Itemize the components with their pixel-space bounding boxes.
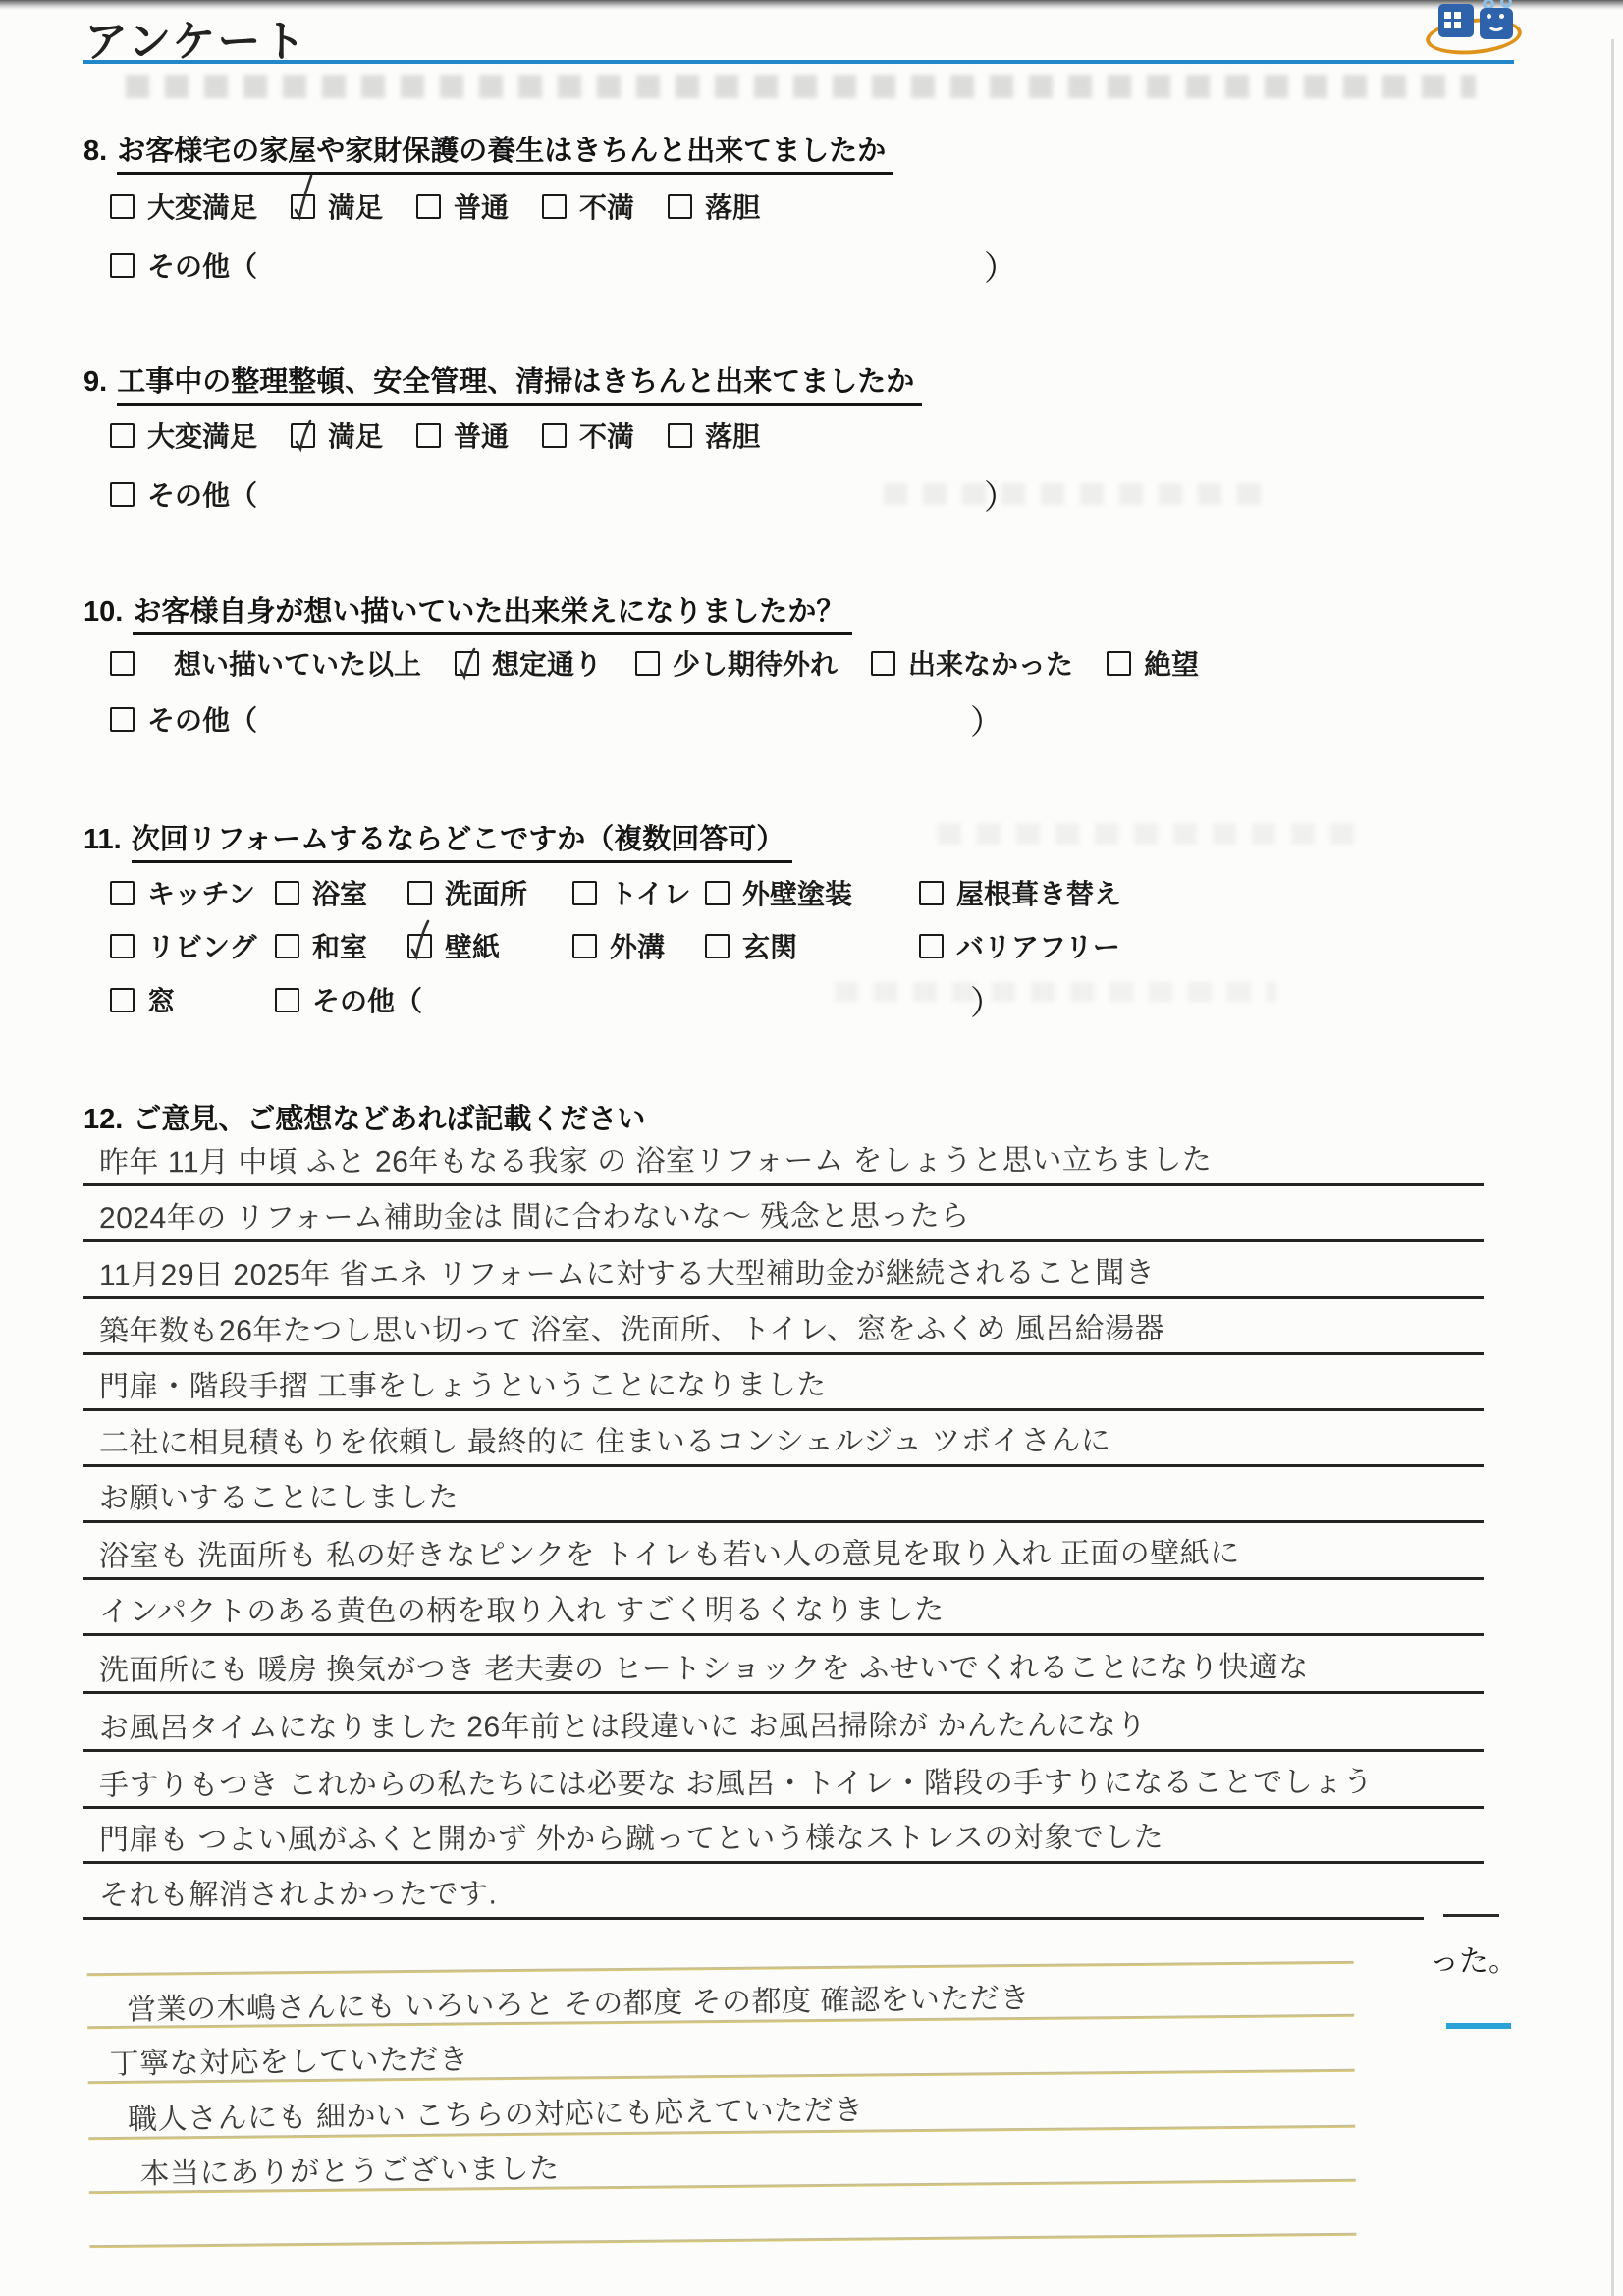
bleed-through-text bbox=[835, 982, 1276, 1002]
handwritten-text: それも解消されよかったです. bbox=[99, 1869, 497, 1913]
q11-option-roof-reroofing[interactable]: 屋根葺き替え bbox=[919, 873, 1121, 912]
q11-option-exterior-wall-painting[interactable]: 外壁塗装 bbox=[705, 873, 919, 912]
handwritten-text: 築年数も26年たつし思い切って 浴室、洗面所、トイレ、窓をふくめ 風呂給湯器 bbox=[99, 1304, 1164, 1350]
handwritten-text: インパクトのある黄色の柄を取り入れ すごく明るくなりました bbox=[99, 1585, 945, 1630]
checkmark-icon bbox=[293, 418, 314, 454]
question-11-title: 11.次回リフォームするならどこですか（複数回答可） bbox=[83, 817, 792, 857]
checkmark-icon bbox=[408, 911, 432, 960]
q8-option-disappointed[interactable]: 落胆 bbox=[668, 187, 760, 226]
checkbox[interactable] bbox=[416, 423, 441, 448]
handwritten-text: 丁寧な対応をしていただき bbox=[109, 2035, 469, 2083]
question-11-row3: 窓 その他（ bbox=[110, 980, 422, 1019]
comment-line: お願いすることにしました bbox=[83, 1467, 1484, 1523]
pasted-note: 営業の木嶋さんにも いろいろと その都度 その都度 確認をいただき 丁寧な対応を… bbox=[87, 1950, 1357, 2259]
checkbox[interactable] bbox=[110, 423, 135, 448]
checkbox[interactable] bbox=[705, 934, 730, 958]
handwritten-text: 2024年の リフォーム補助金は 間に合わないな～ 残念と思ったら bbox=[99, 1191, 970, 1236]
comment-line: 門扉・階段手摺 工事をしょうということになりました bbox=[83, 1355, 1484, 1411]
close-paren: ） bbox=[970, 976, 1003, 1024]
rule-fragment bbox=[1443, 1914, 1499, 1917]
checkbox[interactable] bbox=[110, 482, 135, 507]
q10-option-slightly-disappointing[interactable]: 少し期待外れ bbox=[635, 643, 838, 683]
checkbox[interactable] bbox=[1107, 651, 1131, 676]
close-paren: ） bbox=[984, 470, 1017, 519]
question-9-other-row: その他（ bbox=[110, 474, 291, 514]
checkbox[interactable] bbox=[407, 934, 432, 958]
checkbox[interactable] bbox=[110, 194, 135, 219]
checkbox[interactable] bbox=[668, 423, 692, 448]
q11-option-japanese-room[interactable]: 和室 bbox=[275, 926, 407, 965]
comment-line: 手すりもつき これからの私たちには必要な お風呂・トイレ・階段の手すりになること… bbox=[83, 1753, 1484, 1809]
checkbox[interactable] bbox=[110, 651, 135, 676]
q10-option-despair[interactable]: 絶望 bbox=[1107, 643, 1199, 683]
checkbox[interactable] bbox=[110, 707, 135, 732]
handwritten-text: 門扉・階段手摺 工事をしょうということになりました bbox=[99, 1360, 827, 1405]
handwritten-text: 昨年 11月 中頃 ふと 26年もなる我家 の 浴室リフォーム をしょうと思い立… bbox=[99, 1135, 1212, 1181]
q11-option-toilet[interactable]: トイレ bbox=[572, 873, 705, 912]
q11-option-other[interactable]: その他（ bbox=[275, 980, 422, 1019]
title-underline bbox=[83, 60, 1514, 64]
q11-option-outer-ditch[interactable]: 外溝 bbox=[572, 926, 705, 965]
comment-line: 浴室も 洗面所も 私の好きなピンクを トイレも若い人の意見を取り入れ 正面の壁紙… bbox=[83, 1524, 1484, 1580]
handwritten-text: 二社に相見積もりを依頼し 最終的に 住まいるコンシェルジュ ツボイさんに bbox=[99, 1416, 1110, 1462]
checkmark-icon bbox=[292, 172, 315, 221]
bleed-through-text bbox=[126, 75, 1476, 98]
question-10-other-row: その他（ bbox=[110, 699, 291, 738]
comment-line: 門扉も つよい風がふくと開かず 外から蹴ってという様なストレスの対象でした bbox=[83, 1808, 1484, 1864]
handwritten-text: お願いすることにしました bbox=[99, 1473, 459, 1517]
checkbox[interactable] bbox=[572, 881, 597, 905]
q8-option-normal[interactable]: 普通 bbox=[416, 187, 509, 226]
checkbox[interactable] bbox=[416, 194, 441, 219]
q8-option-very-satisfied[interactable]: 大変満足 bbox=[110, 187, 257, 226]
q10-option-beyond-expectation[interactable]: 想い描いていた以上 bbox=[110, 643, 421, 683]
handwritten-text: 手すりもつき これからの私たちには必要な お風呂・トイレ・階段の手すりになること… bbox=[99, 1757, 1373, 1803]
q10-option-not-achieved[interactable]: 出来なかった bbox=[871, 643, 1073, 683]
question-8-title: 8.お客様宅の家屋や家財保護の養生はきちんと出来てましたか bbox=[83, 129, 893, 169]
q10-option-as-expected[interactable]: 想定通り bbox=[455, 643, 602, 683]
handwritten-text: 11月29日 2025年 省エネ リフォームに対する大型補助金が継続されること聞… bbox=[99, 1248, 1155, 1294]
checkbox[interactable] bbox=[110, 253, 135, 278]
q8-option-dissatisfied[interactable]: 不満 bbox=[542, 187, 634, 226]
q8-option-other[interactable]: その他（ bbox=[110, 246, 257, 285]
comment-line: 11月29日 2025年 省エネ リフォームに対する大型補助金が継続されること聞… bbox=[83, 1243, 1484, 1299]
comment-line: 昨年 11月 中頃 ふと 26年もなる我家 の 浴室リフォーム をしょうと思い立… bbox=[83, 1130, 1484, 1186]
checkbox[interactable] bbox=[542, 194, 567, 219]
handwritten-text: 浴室も 洗面所も 私の好きなピンクを トイレも若い人の意見を取り入れ 正面の壁紙… bbox=[99, 1528, 1240, 1574]
question-8-other-row: その他（ bbox=[110, 246, 291, 285]
checkbox[interactable] bbox=[871, 651, 895, 676]
q11-option-window[interactable]: 窓 bbox=[110, 980, 275, 1019]
q8-option-satisfied[interactable]: 満足 bbox=[291, 187, 383, 226]
q10-option-other[interactable]: その他（ bbox=[110, 699, 257, 738]
q9-option-dissatisfied[interactable]: 不満 bbox=[542, 415, 634, 455]
bleed-through-text bbox=[938, 823, 1370, 845]
logo-house-icon bbox=[1438, 4, 1474, 37]
handwritten-text: 本当にありがとうございました bbox=[139, 2144, 560, 2193]
question-10-title: 10.お客様自身が想い描いていた出来栄えになりましたか？ bbox=[83, 589, 852, 629]
q11-option-entrance[interactable]: 玄関 bbox=[705, 926, 919, 965]
checkbox[interactable] bbox=[110, 988, 135, 1012]
checkbox[interactable] bbox=[919, 934, 944, 958]
handwritten-text: 洗面所にも 暖房 換気がつき 老夫妻の ヒートショックを ふせいでくれることにな… bbox=[99, 1642, 1309, 1688]
handwritten-text: 門扉も つよい風がふくと開かず 外から蹴ってという様なストレスの対象でした bbox=[99, 1813, 1163, 1859]
checkbox[interactable] bbox=[291, 194, 315, 219]
scanned-survey-page: アンケート 8.お客様宅の家屋や家財保護の養生はきちんと出来てましたか 大変満足… bbox=[0, 0, 1623, 2296]
q9-option-satisfied[interactable]: 満足 bbox=[291, 415, 383, 455]
q11-option-living[interactable]: リビング bbox=[110, 926, 275, 965]
checkbox[interactable] bbox=[275, 934, 299, 958]
close-paren: ） bbox=[984, 242, 1017, 290]
comment-line: 二社に相見積もりを依頼し 最終的に 住まいるコンシェルジュ ツボイさんに bbox=[83, 1411, 1484, 1467]
checkbox[interactable] bbox=[455, 651, 479, 676]
checkbox[interactable] bbox=[110, 934, 135, 958]
question-10-options: 想い描いていた以上 想定通り 少し期待外れ 出来なかった 絶望 bbox=[110, 643, 1232, 683]
blue-highlight-mark bbox=[1446, 2023, 1511, 2029]
printed-text-fragment: った。 bbox=[1430, 1937, 1518, 1980]
q11-option-barrier-free[interactable]: バリアフリー bbox=[919, 926, 1120, 965]
q11-option-washroom[interactable]: 洗面所 bbox=[407, 873, 572, 912]
logo-eye-icon bbox=[1500, 0, 1512, 8]
note-rule bbox=[87, 1961, 1354, 1976]
checkbox[interactable] bbox=[919, 881, 944, 905]
q9-option-other[interactable]: その他（ bbox=[110, 474, 257, 514]
bleed-through-text bbox=[884, 483, 1276, 505]
question-11-row2: リビング 和室 壁紙 外溝 玄関 バリアフリー bbox=[110, 926, 1120, 965]
comment-line: インパクトのある黄色の柄を取り入れ すごく明るくなりました bbox=[83, 1580, 1484, 1636]
checkbox[interactable] bbox=[275, 988, 299, 1012]
question-8-options: 大変満足 満足 普通 不満 落胆 bbox=[110, 187, 793, 226]
scan-right-edge bbox=[1611, 39, 1614, 2296]
q9-option-disappointed[interactable]: 落胆 bbox=[668, 415, 760, 455]
checkmark-icon bbox=[457, 646, 478, 682]
handwritten-text: お風呂タイムになりました 26年前とは段違いに お風呂掃除が かんたんになり bbox=[99, 1701, 1147, 1747]
q9-option-very-satisfied[interactable]: 大変満足 bbox=[110, 415, 257, 455]
q11-option-bathroom[interactable]: 浴室 bbox=[275, 873, 407, 912]
comment-line: 築年数も26年たつし思い切って 浴室、洗面所、トイレ、窓をふくめ 風呂給湯器 bbox=[83, 1299, 1484, 1355]
comment-line: 洗面所にも 暖房 換気がつき 老夫妻の ヒートショックを ふせいでくれることにな… bbox=[83, 1638, 1484, 1694]
checkbox[interactable] bbox=[668, 194, 692, 219]
question-11-row1: キッチン 浴室 洗面所 トイレ 外壁塗装 屋根葺き替え bbox=[110, 873, 1121, 912]
comment-line: 2024年の リフォーム補助金は 間に合わないな～ 残念と思ったら bbox=[83, 1186, 1484, 1242]
close-paren: ） bbox=[970, 695, 1003, 743]
checkbox[interactable] bbox=[542, 423, 567, 448]
checkbox[interactable] bbox=[110, 881, 135, 905]
note-rule bbox=[89, 2233, 1356, 2248]
logo-smiley-face-icon bbox=[1480, 8, 1513, 39]
question-9-options: 大変満足 満足 普通 不満 落胆 bbox=[110, 415, 793, 455]
smiling-houses-logo-icon bbox=[1424, 0, 1526, 55]
checkbox[interactable] bbox=[705, 881, 730, 905]
comment-line: お風呂タイムになりました 26年前とは段違いに お風呂掃除が かんたんになり bbox=[83, 1696, 1484, 1752]
checkbox[interactable] bbox=[291, 423, 315, 448]
checkbox[interactable] bbox=[572, 934, 597, 958]
q11-option-wallpaper[interactable]: 壁紙 bbox=[407, 926, 572, 965]
q11-option-kitchen[interactable]: キッチン bbox=[110, 873, 275, 912]
question-9-title: 9.工事中の整理整頓、安全管理、清掃はきちんと出来てましたか bbox=[83, 359, 922, 400]
checkbox[interactable] bbox=[407, 881, 432, 905]
checkbox[interactable] bbox=[635, 651, 660, 676]
checkbox[interactable] bbox=[275, 881, 299, 905]
comment-line: それも解消されよかったです. bbox=[83, 1864, 1424, 1920]
q9-option-normal[interactable]: 普通 bbox=[416, 415, 509, 455]
